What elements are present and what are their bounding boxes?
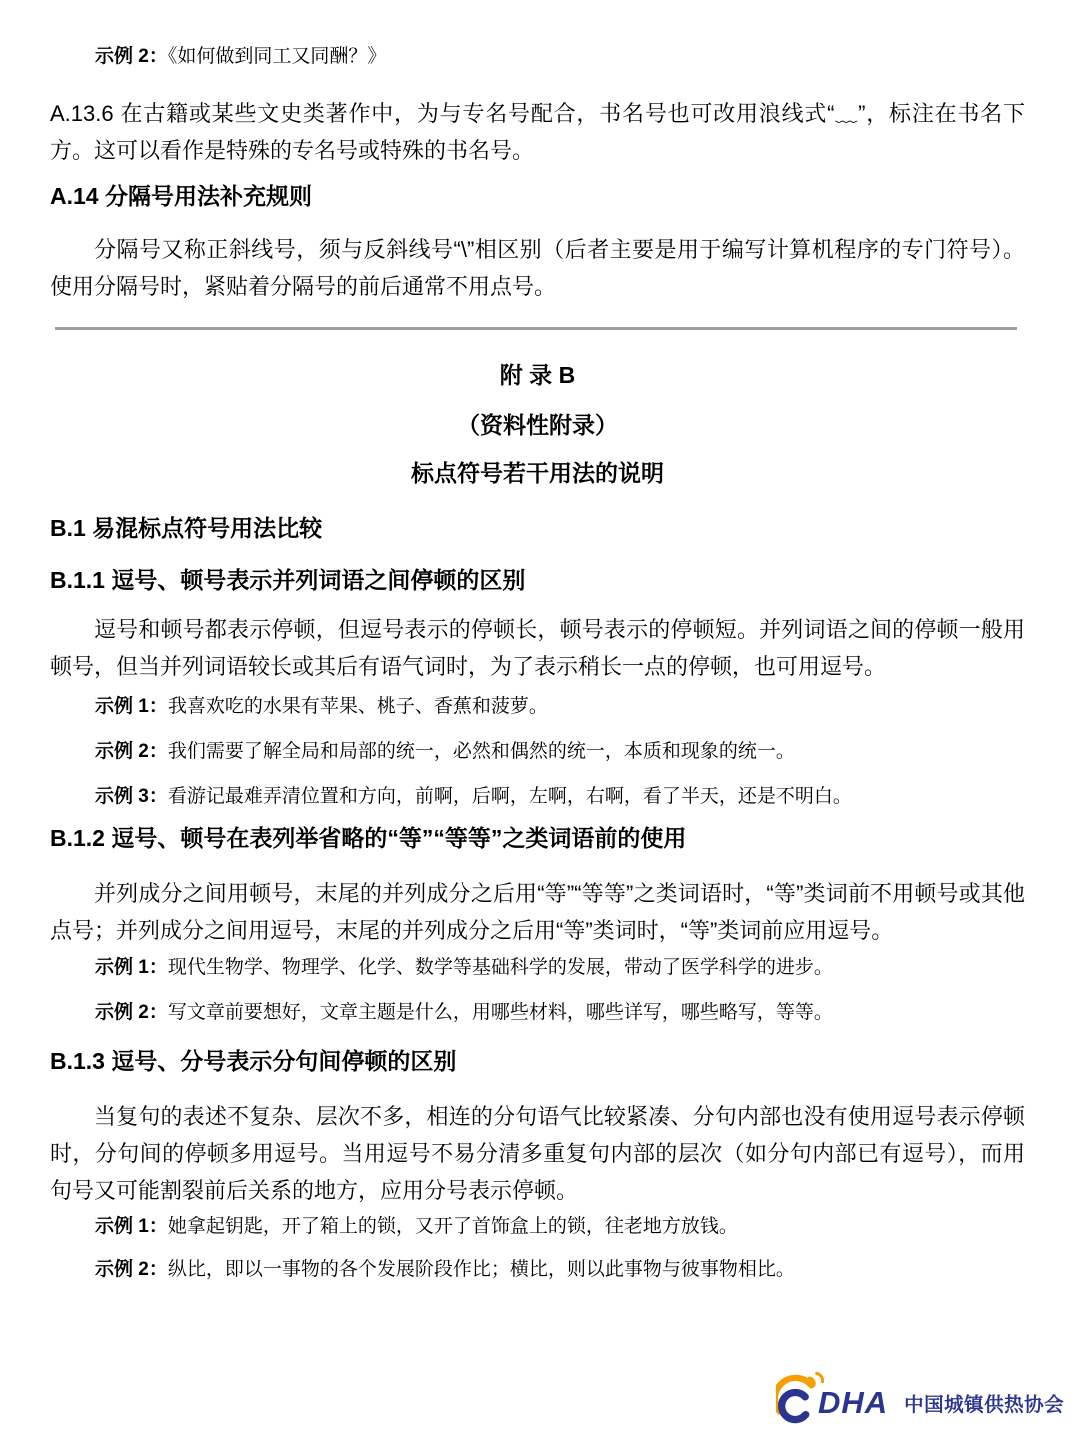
- heading-b1-1: B.1.1 逗号、顿号表示并列词语之间停顿的区别: [50, 565, 1025, 595]
- example-line-b12-1: 示例 1：现代生物学、物理学、化学、数学等基础科学的发展，带动了医学科学的进步。: [50, 956, 1025, 980]
- example-text: 看游记最难弄清位置和方向，前啊，后啊，左啊，右啊，看了半天，还是不明白。: [168, 786, 852, 807]
- para-b1-3: 当复句的表述不复杂、层次不多，相连的分句语气比较紧凑、分句内部也没有使用逗号表示…: [50, 1098, 1025, 1209]
- example-text: 现代生物学、物理学、化学、数学等基础科学的发展，带动了医学科学的进步。: [168, 957, 833, 978]
- logo-acronym: DHA: [818, 1385, 888, 1421]
- example-label: 示例 1：: [95, 696, 168, 717]
- example-label: 示例 2：: [95, 1002, 168, 1023]
- example-line-b11-2: 示例 2：我们需要了解全局和局部的统一，必然和偶然的统一，本质和现象的统一。: [50, 740, 1025, 764]
- example-label: 示例 1：: [95, 957, 168, 978]
- example-text: 写文章前要想好，文章主题是什么，用哪些材料，哪些详写，哪些略写，等等。: [168, 1002, 833, 1023]
- example-line-b12-2: 示例 2：写文章前要想好，文章主题是什么，用哪些材料，哪些详写，哪些略写，等等。: [50, 1001, 1025, 1025]
- example-line-b13-2: 示例 2：纵比，即以一事物的各个发展阶段作比；横比，则以此事物与彼事物相比。: [50, 1258, 1025, 1282]
- example-text: 她拿起钥匙，开了箱上的锁，又开了首饰盒上的锁，往老地方放钱。: [168, 1216, 738, 1237]
- appendix-subtitle: （资料性附录）: [50, 410, 1025, 440]
- example-line-a13-2: 示例 2：《如何做到同工又同酬？》: [50, 45, 1025, 69]
- example-text: 我喜欢吃的水果有苹果、桃子、香蕉和菠萝。: [168, 696, 548, 717]
- example-text: 纵比，即以一事物的各个发展阶段作比；横比，则以此事物与彼事物相比。: [168, 1259, 795, 1280]
- example-label: 示例 2：: [95, 741, 168, 762]
- example-text: 《如何做到同工又同酬？》: [168, 46, 387, 67]
- heading-b1-3: B.1.3 逗号、分号表示分句间停顿的区别: [50, 1046, 1025, 1076]
- heading-a14: A.14 分隔号用法补充规则: [50, 181, 1025, 211]
- logo-org-name: 中国城镇供热协会: [904, 1389, 1064, 1417]
- cdha-logo: DHA 中国城镇供热协会: [776, 1368, 1064, 1432]
- appendix-title: 附 录 B: [50, 360, 1025, 390]
- cdha-crescent-icon: [776, 1370, 824, 1430]
- example-label: 示例 2：: [95, 46, 168, 67]
- example-label: 示例 3：: [95, 786, 168, 807]
- example-line-b13-1: 示例 1：她拿起钥匙，开了箱上的锁，又开了首饰盒上的锁，往老地方放钱。: [50, 1215, 1025, 1239]
- document-page: 示例 2：《如何做到同工又同酬？》 A.13.6 在古籍或某些文史类著作中，为与…: [0, 0, 1075, 1450]
- heading-b1: B.1 易混标点符号用法比较: [50, 513, 1025, 543]
- example-text: 我们需要了解全局和局部的统一，必然和偶然的统一，本质和现象的统一。: [168, 741, 795, 762]
- appendix-caption: 标点符号若干用法的说明: [50, 458, 1025, 488]
- example-line-b11-3: 示例 3：看游记最难弄清位置和方向，前啊，后啊，左啊，右啊，看了半天，还是不明白…: [50, 785, 1025, 809]
- example-label: 示例 1：: [95, 1216, 168, 1237]
- para-b1-1: 逗号和顿号都表示停顿，但逗号表示的停顿长，顿号表示的停顿短。并列词语之间的停顿一…: [50, 611, 1025, 685]
- para-a13-6: A.13.6 在古籍或某些文史类著作中，为与专名号配合，书名号也可改用浪线式“﹏…: [50, 95, 1025, 169]
- section-divider: [55, 327, 1017, 330]
- example-label: 示例 2：: [95, 1259, 168, 1280]
- example-line-b11-1: 示例 1：我喜欢吃的水果有苹果、桃子、香蕉和菠萝。: [50, 695, 1025, 719]
- heading-b1-2: B.1.2 逗号、顿号在表列举省略的“等”“等等”之类词语前的使用: [50, 823, 1025, 853]
- para-a14: 分隔号又称正斜线号，须与反斜线号“\”相区别（后者主要是用于编写计算机程序的专门…: [50, 231, 1025, 305]
- para-b1-2: 并列成分之间用顿号，末尾的并列成分之后用“等”“等等”之类词语时，“等”类词前不…: [50, 875, 1025, 949]
